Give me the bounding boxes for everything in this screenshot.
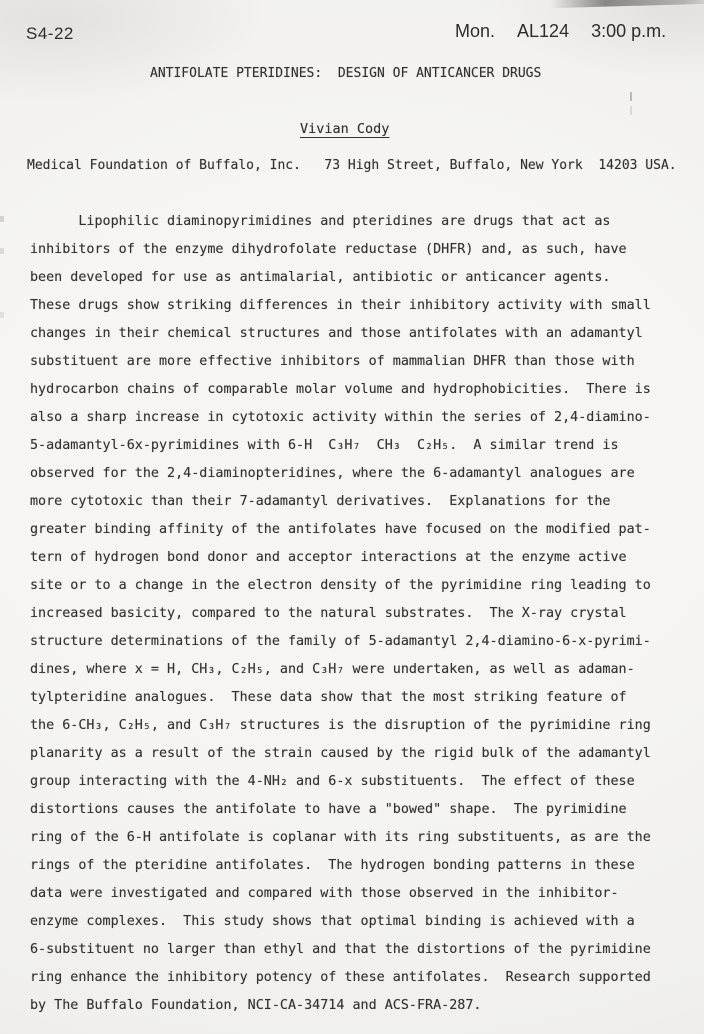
scan-artifact-left-edge [0,216,4,222]
scan-artifact-top-right [550,0,704,8]
session-room: AL124 [517,21,569,42]
body-line: increased basicity, compared to the natu… [30,600,690,628]
body-line: changes in their chemical structures and… [30,320,690,348]
body-line: These drugs show striking differences in… [30,292,690,320]
body-line: the 6-CH₃, C₂H₅, and C₃H₇ structures is … [30,712,690,740]
body-line: also a sharp increase in cytotoxic activ… [30,404,690,432]
session-code: S4-22 [26,24,74,44]
body-line: been developed for use as antimalarial, … [30,264,690,292]
scanned-abstract-page: S4-22 Mon. AL124 3:00 p.m. ANTIFOLATE PT… [0,0,704,1034]
body-line: more cytotoxic than their 7-adamantyl de… [30,488,690,516]
body-line: rings of the pteridine antifolates. The … [30,852,690,880]
body-line: planarity as a result of the strain caus… [30,740,690,768]
body-line: tylpteridine analogues. These data show … [30,684,690,712]
body-line: ring enhance the inhibitory potency of t… [30,964,690,992]
body-line: site or to a change in the electron dens… [30,572,690,600]
body-line: Lipophilic diaminopyrimidines and pterid… [30,208,690,236]
body-line: group interacting with the 4-NH₂ and 6-x… [30,768,690,796]
body-line: 5-adamantyl-6x-pyrimidines with 6-H C₃H₇… [30,432,690,460]
abstract-title: ANTIFOLATE PTERIDINES: DESIGN OF ANTICAN… [150,66,541,81]
body-line: observed for the 2,4-diaminopteridines, … [30,460,690,488]
body-line: dines, where x = H, CH₃, C₂H₅, and C₃H₇ … [30,656,690,684]
body-line: data were investigated and compared with… [30,880,690,908]
body-line: substituent are more effective inhibitor… [30,348,690,376]
body-line: by The Buffalo Foundation, NCI-CA-34714 … [30,992,690,1020]
body-line: inhibitors of the enzyme dihydrofolate r… [30,236,690,264]
body-line: enzyme complexes. This study shows that … [30,908,690,936]
body-line: distortions causes the antifolate to hav… [30,796,690,824]
scan-artifact-speck [630,92,632,101]
session-schedule: Mon. AL124 3:00 p.m. [455,21,666,42]
body-line: tern of hydrogen bond donor and acceptor… [30,544,690,572]
body-line: greater binding affinity of the antifola… [30,516,690,544]
abstract-affiliation: Medical Foundation of Buffalo, Inc. 73 H… [27,158,677,173]
body-line: structure determinations of the family o… [30,628,690,656]
body-line: 6-substituent no larger than ethyl and t… [30,936,690,964]
session-day: Mon. [455,21,495,42]
abstract-body: Lipophilic diaminopyrimidines and pterid… [30,208,690,1020]
session-time: 3:00 p.m. [591,21,666,42]
abstract-author: Vivian Cody [300,121,389,137]
body-line: hydrocarbon chains of comparable molar v… [30,376,690,404]
body-line: ring of the 6-H antifolate is coplanar w… [30,824,690,852]
